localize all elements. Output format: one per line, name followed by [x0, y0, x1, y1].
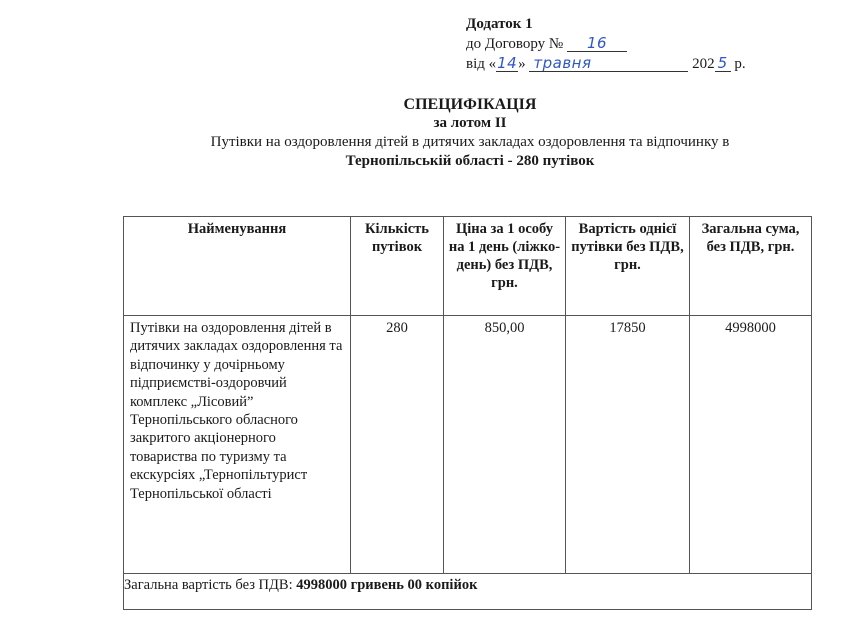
year-digit: 5 [715, 55, 731, 72]
col-header-quantity: Кількість путівок [351, 217, 444, 316]
annex-title: Додаток 1 [466, 14, 746, 34]
total-row: Загальна вартість без ПДВ: 4998000 гриве… [124, 574, 812, 610]
contract-line: до Договору № 16 [466, 34, 746, 54]
total-value: 4998000 гривень 00 копійок [296, 577, 477, 593]
cell-total: 4998000 [690, 316, 812, 574]
table-row: Путівки на оздоровлення дітей в дитячих … [124, 316, 812, 574]
col-header-price-per-day: Ціна за 1 особу на 1 день (ліжко-день) б… [444, 217, 566, 316]
col-header-voucher-cost: Вартість однієї путівки без ПДВ, грн. [566, 217, 690, 316]
year-prefix: 202 [692, 56, 715, 72]
document-headings: СПЕЦИФІКАЦІЯ за лотом II Путівки на оздо… [120, 95, 820, 171]
date-open-quote: від « [466, 56, 496, 72]
cell-quantity: 280 [351, 316, 444, 574]
annex-header: Додаток 1 до Договору № 16 від «14» трав… [466, 14, 746, 74]
col-header-name: Найменування [124, 217, 351, 316]
table-header-row: Найменування Кількість путівок Ціна за 1… [124, 217, 812, 316]
col-header-total: Загальна сума, без ПДВ, грн. [690, 217, 812, 316]
cell-price-per-day: 850,00 [444, 316, 566, 574]
date-line: від «14» травня 2025 р. [466, 54, 746, 74]
date-close-quote: » [518, 56, 526, 72]
date-day: 14 [496, 55, 518, 72]
document-title: СПЕЦИФІКАЦІЯ [120, 95, 820, 114]
cell-voucher-cost: 17850 [566, 316, 690, 574]
year-suffix: р. [734, 56, 745, 72]
cell-name: Путівки на оздоровлення дітей в дитячих … [124, 316, 351, 574]
total-label: Загальна вартість без ПДВ: [124, 577, 293, 593]
contract-label: до Договору № [466, 36, 563, 52]
specification-table: Найменування Кількість путівок Ціна за 1… [123, 216, 812, 610]
lot-label: за лотом II [120, 114, 820, 133]
contract-number: 16 [567, 35, 627, 52]
total-cell: Загальна вартість без ПДВ: 4998000 гриве… [124, 574, 812, 610]
region-line: Тернопільській області - 280 путівок [120, 152, 820, 171]
date-month: травня [529, 55, 688, 72]
subject-line: Путівки на оздоровлення дітей в дитячих … [120, 133, 820, 152]
